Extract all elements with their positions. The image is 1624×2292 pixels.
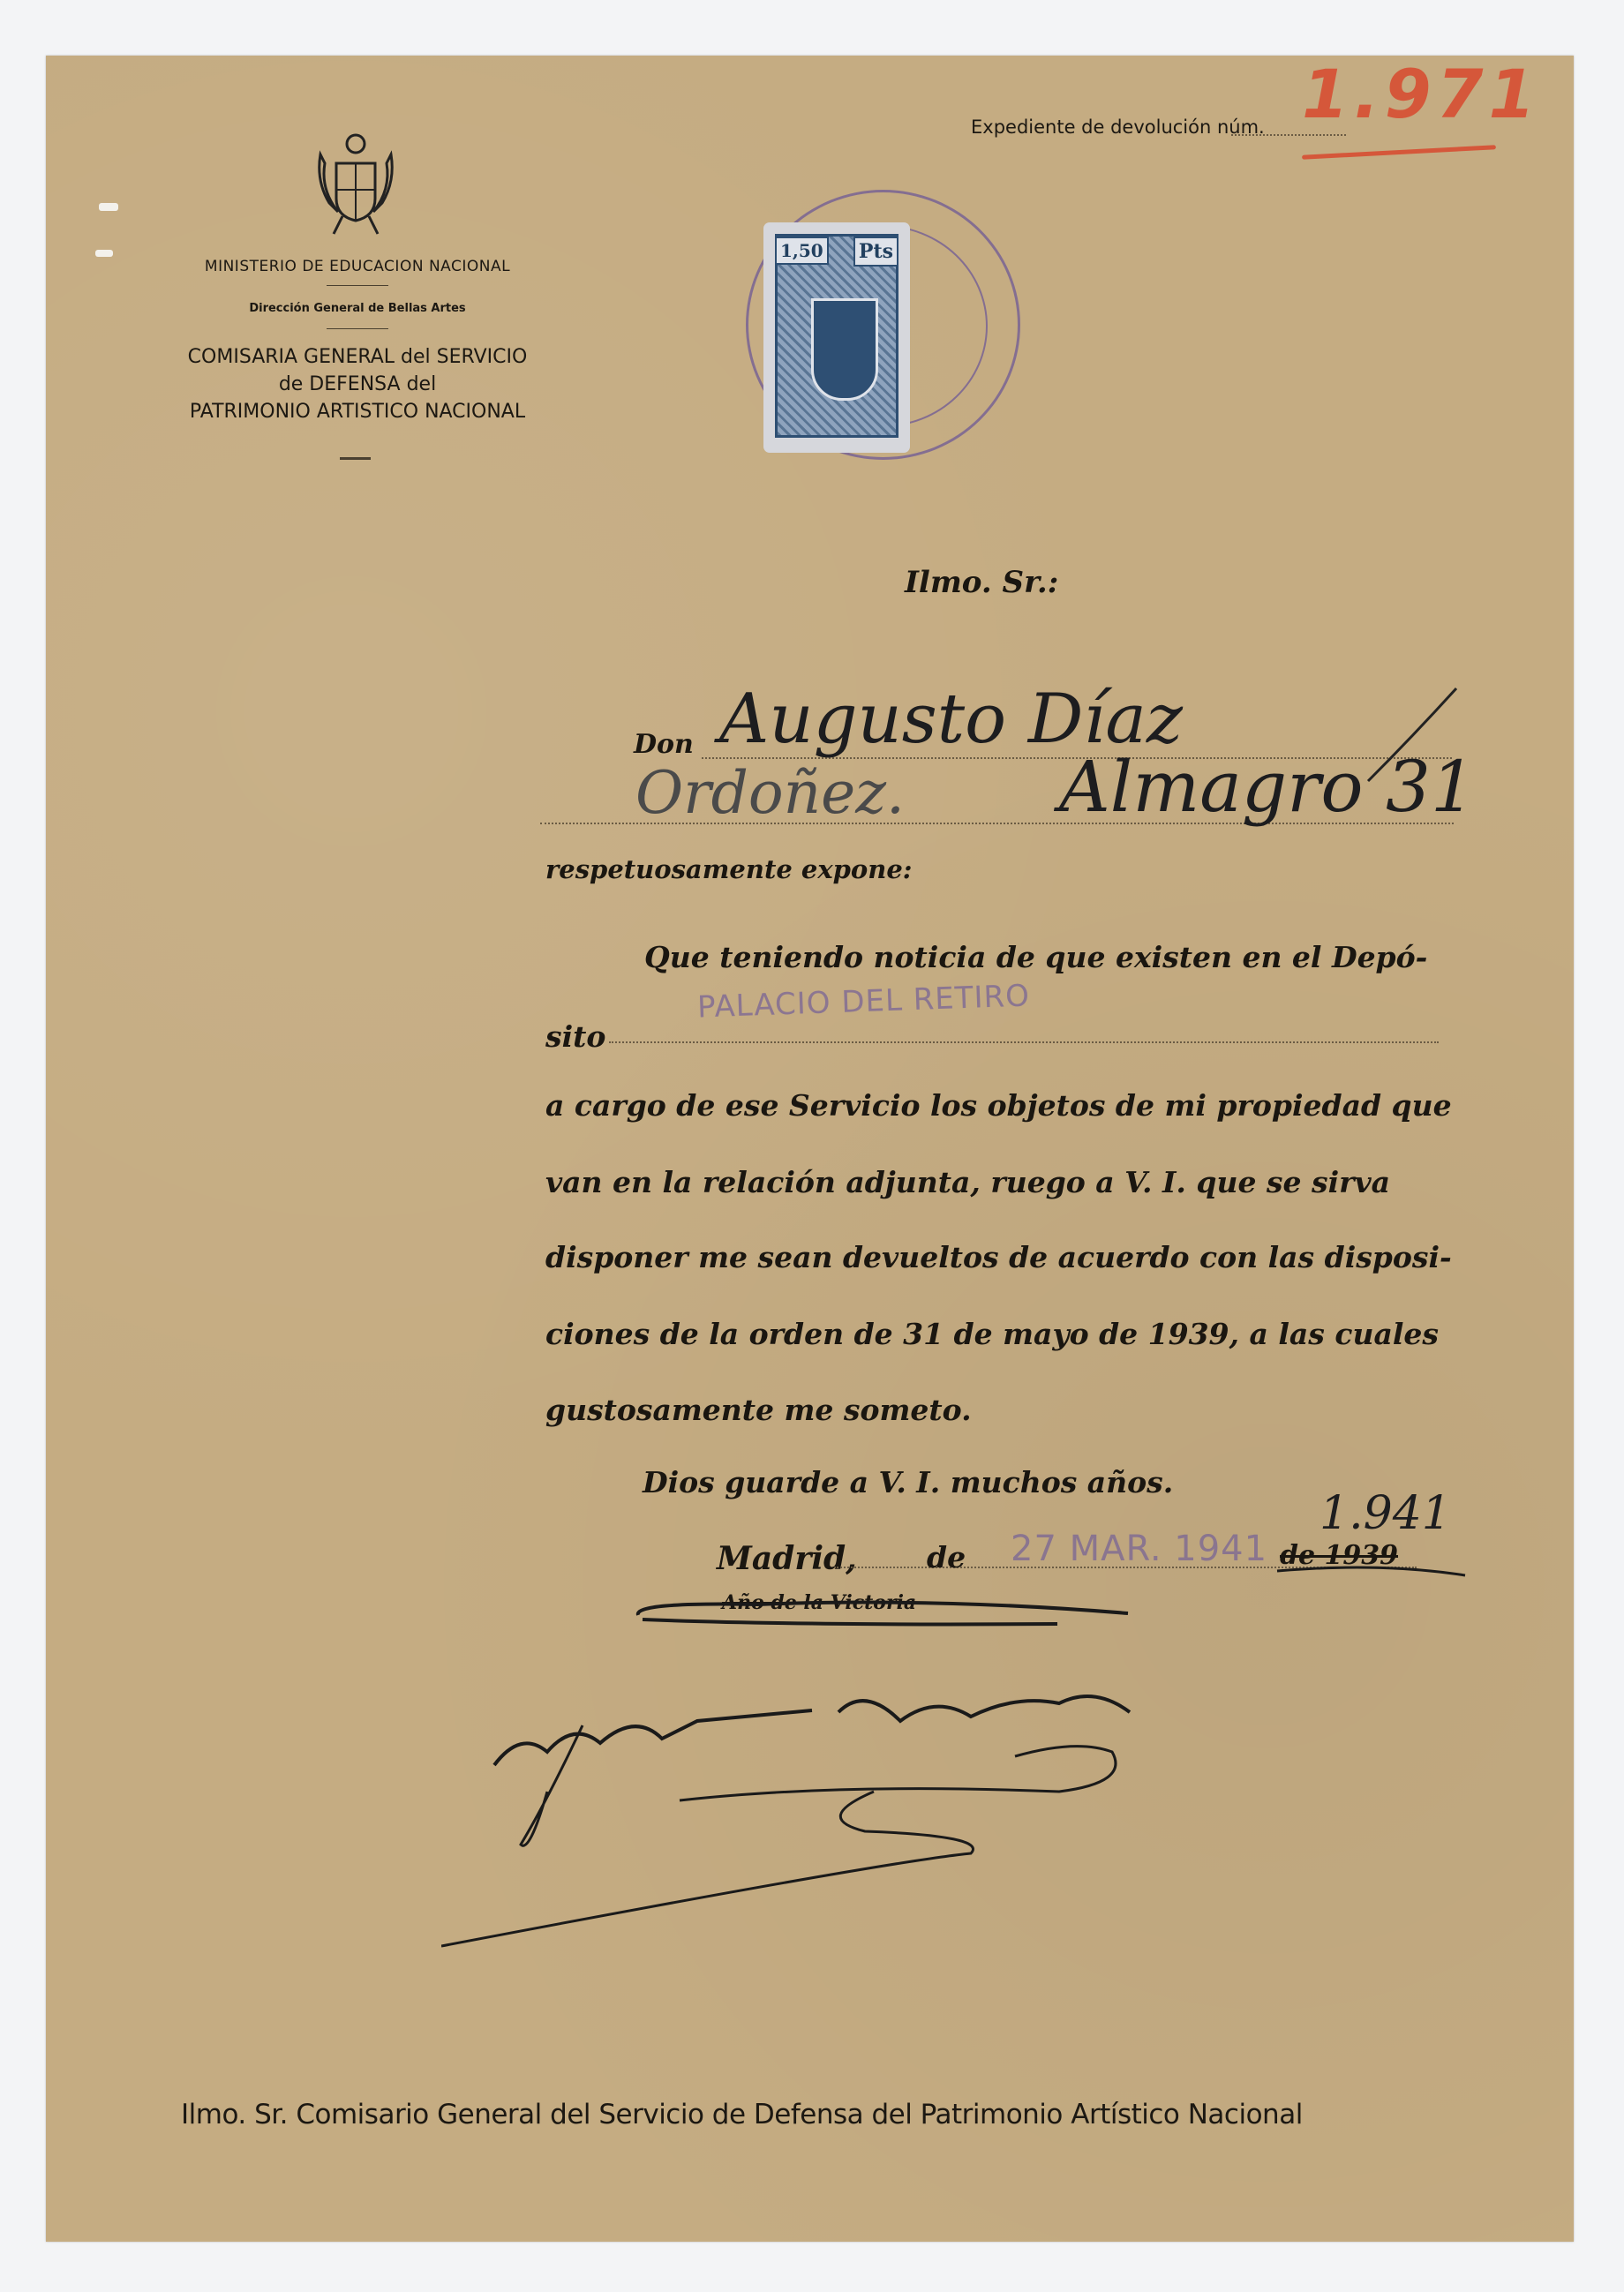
- intro-text: respetuosamente expone:: [545, 854, 913, 884]
- addressee-footer: Ilmo. Sr. Comisario General del Servicio…: [181, 2099, 1303, 2130]
- date-city: Madrid,: [717, 1540, 857, 1577]
- body-line-5: disponer me sean devueltos de acuerdo co…: [545, 1240, 1452, 1274]
- coat-of-arms-icon: [312, 128, 400, 238]
- body-line-4: van en la relación adjunta, ruego a V. I…: [545, 1165, 1390, 1199]
- applicant-name-line-2: Ordoñez.: [635, 759, 905, 827]
- body-line-2-prefix: sito: [545, 1019, 605, 1054]
- body-line-7: gustosamente me someto.: [545, 1393, 972, 1427]
- binding-hole: [95, 250, 113, 257]
- applicant-prefix: Don: [634, 729, 694, 760]
- divider: [327, 328, 388, 329]
- commission-line-1: COMISARIA GENERAL del SERVICIO: [154, 346, 560, 368]
- strike-stroke: [1275, 1553, 1470, 1580]
- ministry-name: MINISTERIO DE EDUCACION NACIONAL: [154, 258, 560, 275]
- signature: [441, 1642, 1236, 1959]
- file-number-dotted-line: [1231, 134, 1346, 136]
- closing-text: Dios guarde a V. I. muchos años.: [643, 1465, 1173, 1499]
- fiscal-stamp: 1,50 Pts: [766, 225, 907, 450]
- body-line-1: Que teniendo noticia de que existen en e…: [644, 940, 1427, 974]
- applicant-address: Almagro 31: [1059, 746, 1476, 828]
- file-number-label: Expediente de devolución núm.: [971, 116, 1265, 138]
- divider: [340, 457, 371, 460]
- stamp-shield-icon: [811, 298, 878, 401]
- commission-line-2: de DEFENSA del: [154, 373, 560, 395]
- salutation: Ilmo. Sr.:: [905, 565, 1058, 600]
- deposit-dotted-line: [609, 1041, 1439, 1043]
- date-de: de: [927, 1540, 966, 1574]
- letterhead: MINISTERIO DE EDUCACION NACIONAL Direcci…: [154, 124, 560, 468]
- body-line-3: a cargo de ese Servicio los objetos de m…: [545, 1088, 1452, 1123]
- binding-hole: [99, 203, 118, 211]
- date-stamp: 27 MAR. 1941: [1011, 1529, 1267, 1569]
- stamp-value-left: 1,50: [775, 237, 829, 265]
- stamp-value-right: Pts: [853, 237, 898, 267]
- motto-strike-stroke: [625, 1589, 1137, 1633]
- directorate-name: Dirección General de Bellas Artes: [154, 302, 560, 315]
- body-line-6: ciones de la orden de 31 de mayo de 1939…: [545, 1317, 1439, 1351]
- file-number-value: 1.971: [1302, 55, 1540, 133]
- commission-line-3: PATRIMONIO ARTISTICO NACIONAL: [154, 401, 560, 423]
- handwritten-year: 1.941: [1319, 1487, 1451, 1540]
- divider: [327, 285, 388, 286]
